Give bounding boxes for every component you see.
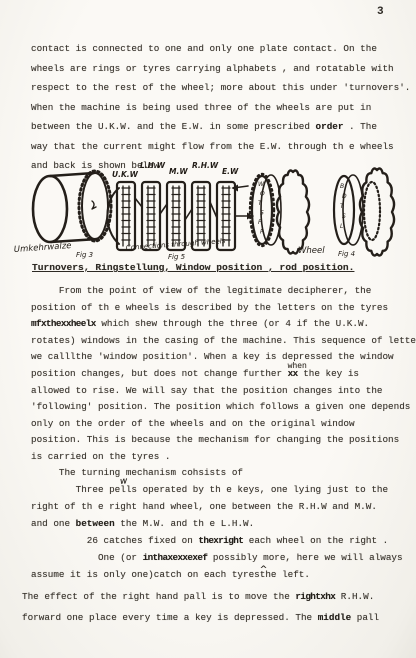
label-rhw: R.H.W [192, 161, 219, 170]
text-line: 26 catches fixed on thexright each wheel… [31, 535, 403, 552]
text-line: From the point of view of the legitimate… [31, 285, 416, 302]
text-line: position. This is because the mechanism … [31, 434, 416, 451]
tyre-letter: B [340, 183, 344, 190]
text-line: and one between the M.W. and th e L.H.W. [31, 518, 403, 535]
tyre-letter: T [340, 203, 345, 210]
tyre-letter: D [342, 193, 347, 200]
tyre-letter: O [260, 191, 265, 198]
caption-fig3: Fig 3 [76, 251, 93, 259]
caption-fig4: Fig 4 [338, 250, 355, 258]
hand-drawn-figure: U.K.W L.H.W M.W R.H.W E.W WOTSPR BDTSL U… [0, 160, 416, 262]
paragraph-window-position: From the point of view of the legitimate… [31, 285, 416, 468]
umkehrwalze-drum-sketch [33, 171, 111, 242]
tyre-letter: T [258, 200, 263, 207]
caption-fig5: Fig 5 [168, 253, 186, 261]
wheel-sketch-b [334, 169, 394, 256]
tyre-letter: S [260, 210, 264, 217]
text-line: Three pewlls operated by th e keys, one … [31, 484, 403, 501]
text-line: wheels are rings or tyres carrying alpha… [31, 63, 410, 83]
label-mw: M.W [169, 167, 188, 176]
text-line: position of th e wheels is described by … [31, 302, 416, 319]
text-line: One (or inthaxexxexef possibly more, her… [31, 552, 403, 569]
text-line: is carried on the tyres . [31, 451, 416, 468]
text-line: forward one place every time a key is de… [22, 612, 379, 633]
section-heading: Turnovers, Ringstellung, Window position… [32, 262, 354, 273]
text-line: only on the order of the wheels and on t… [31, 418, 416, 435]
text-line: rotates) windows in the casing of the ma… [31, 335, 416, 352]
text-line: mfxthexxheelx which shew through the thr… [31, 318, 416, 335]
text-line: allowed to rise. We will say that the po… [31, 385, 416, 402]
text-line: When the machine is being used three of … [31, 102, 410, 122]
label-ew: E.W [222, 167, 239, 176]
text-line: way that the current might flow from the… [31, 141, 410, 161]
text-line: 'following' position. The position which… [31, 401, 416, 418]
paragraph-pall-effect: The effect of the right hand pall is to … [22, 591, 379, 633]
text-line: The effect of the right hand pall is to … [22, 591, 379, 612]
text-line: The turning mechanism cohsists of [31, 467, 403, 484]
tyre-letter: S [342, 213, 346, 220]
text-line: respect to the rest of the wheel; more a… [31, 82, 410, 102]
text-line: contact is connected to one and only one… [31, 43, 410, 63]
text-line: right of th e right hand wheel, one betw… [31, 501, 403, 518]
tyre-letter: R [260, 229, 264, 236]
tyre-letter: P [258, 219, 262, 226]
paragraph-turning-mechanism: The turning mechanism cohsists of Three … [31, 467, 403, 586]
scanned-document-page: 3 contact is connected to one and only o… [0, 0, 416, 658]
text-line: assume it is only one)catch on each tyre… [31, 569, 403, 586]
tyre-letter: L [340, 223, 343, 230]
label-ukw: U.K.W [112, 170, 139, 179]
label-lhw: L.H.W [140, 161, 166, 170]
text-line: we calllthe 'window position'. When a ke… [31, 351, 416, 368]
text-line: position changes, but does not change fu… [31, 368, 416, 385]
page-number: 3 [377, 6, 384, 18]
wheel-labels: U.K.W L.H.W M.W R.H.W E.W [112, 161, 239, 179]
text-line: between the U.K.W. and the E.W. in some … [31, 121, 410, 141]
caption-umkehrwalze: Umkehrwalze [14, 241, 72, 255]
caption-wheel: Wheel [298, 246, 325, 256]
